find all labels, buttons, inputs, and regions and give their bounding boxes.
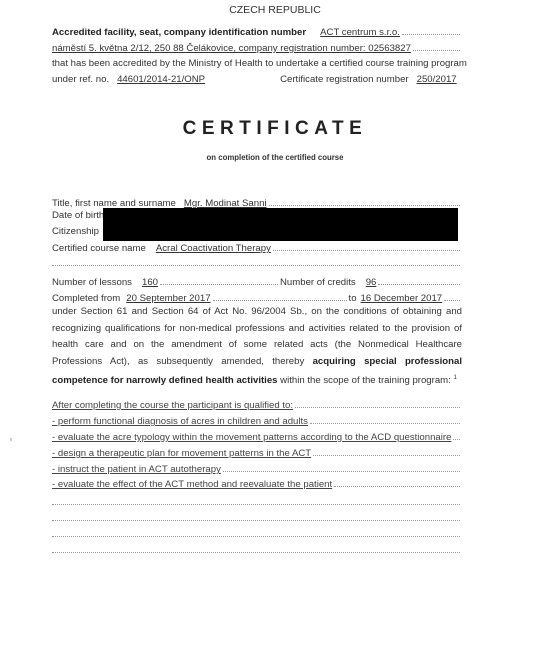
accreditation-line: that has been accredited by the Ministry… bbox=[52, 57, 460, 71]
dotted-fill bbox=[313, 446, 460, 456]
qualification-text: - instruct the patient in ACT autotherap… bbox=[52, 463, 221, 477]
cert-reg-label: Certificate registration number bbox=[280, 73, 409, 87]
legal-text-2: within the scope of the training program… bbox=[278, 375, 451, 386]
credits-label: Number of credits bbox=[280, 276, 356, 290]
qualification-item: - evaluate the effect of the ACT method … bbox=[52, 477, 460, 491]
qualification-intro-line: After completing the course the particip… bbox=[52, 398, 460, 412]
blank-dotted-line bbox=[52, 519, 460, 521]
facility-name: ACT centrum s.r.o. bbox=[320, 26, 400, 40]
dotted-fill bbox=[402, 25, 460, 35]
credits-value: 96 bbox=[366, 276, 377, 290]
course-value: Acral Coactivation Therapy bbox=[156, 242, 271, 256]
blank-dotted-line bbox=[52, 264, 460, 266]
facility-address: náměstí 5. května 2/12, 250 88 Čelákovic… bbox=[52, 42, 411, 56]
facility-address-line: náměstí 5. května 2/12, 250 88 Čelákovic… bbox=[52, 41, 460, 55]
blank-dotted-line bbox=[52, 535, 460, 537]
dotted-fill bbox=[223, 462, 460, 472]
facility-line: Accredited facility, seat, company ident… bbox=[52, 25, 460, 39]
cert-reg-value: 250/2017 bbox=[417, 73, 457, 87]
qualification-text: - perform functional diagnosis of acres … bbox=[52, 415, 308, 429]
dotted-fill bbox=[213, 291, 347, 301]
ref-label: under ref. no. bbox=[52, 73, 109, 87]
dotted-fill bbox=[160, 275, 278, 285]
qualification-item: - instruct the patient in ACT autotherap… bbox=[52, 462, 460, 476]
legal-paragraph: under Section 61 and Section 64 of Act N… bbox=[52, 304, 462, 390]
dotted-fill bbox=[269, 196, 460, 206]
redaction-box bbox=[103, 208, 458, 241]
footnote-marker: 1 bbox=[454, 375, 457, 381]
dotted-fill bbox=[378, 275, 460, 285]
qualification-text: - evaluate the acre typology within the … bbox=[52, 431, 451, 445]
blank-dotted-line bbox=[52, 503, 460, 505]
lessons-label: Number of lessons bbox=[52, 276, 132, 290]
qualification-item: - perform functional diagnosis of acres … bbox=[52, 414, 460, 428]
facility-label: Accredited facility, seat, company ident… bbox=[52, 26, 306, 40]
ref-value: 44601/2014-21/ONP bbox=[117, 73, 205, 87]
dob-label: Date of birth bbox=[52, 209, 104, 223]
course-label: Certified course name bbox=[52, 242, 146, 256]
blank-dotted-line bbox=[52, 551, 460, 553]
qualification-item: - design a therapeutic plan for movement… bbox=[52, 446, 460, 460]
reference-line: under ref. no. 44601/2014-21/ONP Certifi… bbox=[52, 73, 460, 87]
lessons-credits-line: Number of lessons 160 Number of credits … bbox=[52, 275, 460, 289]
qualification-text: - evaluate the effect of the ACT method … bbox=[52, 478, 332, 492]
scan-speck bbox=[10, 438, 12, 441]
accreditation-text: that has been accredited by the Ministry… bbox=[52, 57, 467, 71]
dotted-fill bbox=[413, 41, 460, 51]
country-heading: CZECH REPUBLIC bbox=[0, 4, 550, 16]
lessons-value: 160 bbox=[142, 276, 158, 290]
course-line: Certified course name Acral Coactivation… bbox=[52, 241, 460, 255]
dotted-fill bbox=[444, 291, 460, 301]
dotted-fill bbox=[310, 414, 460, 424]
dotted-fill bbox=[295, 398, 460, 408]
dotted-fill bbox=[453, 430, 460, 440]
certificate-subtitle: on completion of the certified course bbox=[0, 153, 550, 162]
qualification-intro: After completing the course the particip… bbox=[52, 399, 293, 413]
completion-dates-line: Completed from 20 September 2017 to 16 D… bbox=[52, 291, 460, 305]
dotted-fill bbox=[334, 477, 460, 487]
qualification-item: - evaluate the acre typology within the … bbox=[52, 430, 460, 444]
certificate-title: CERTIFICATE bbox=[0, 118, 550, 140]
dotted-fill bbox=[273, 241, 460, 251]
citizenship-label: Citizenship bbox=[52, 225, 99, 239]
qualification-text: - design a therapeutic plan for movement… bbox=[52, 447, 311, 461]
